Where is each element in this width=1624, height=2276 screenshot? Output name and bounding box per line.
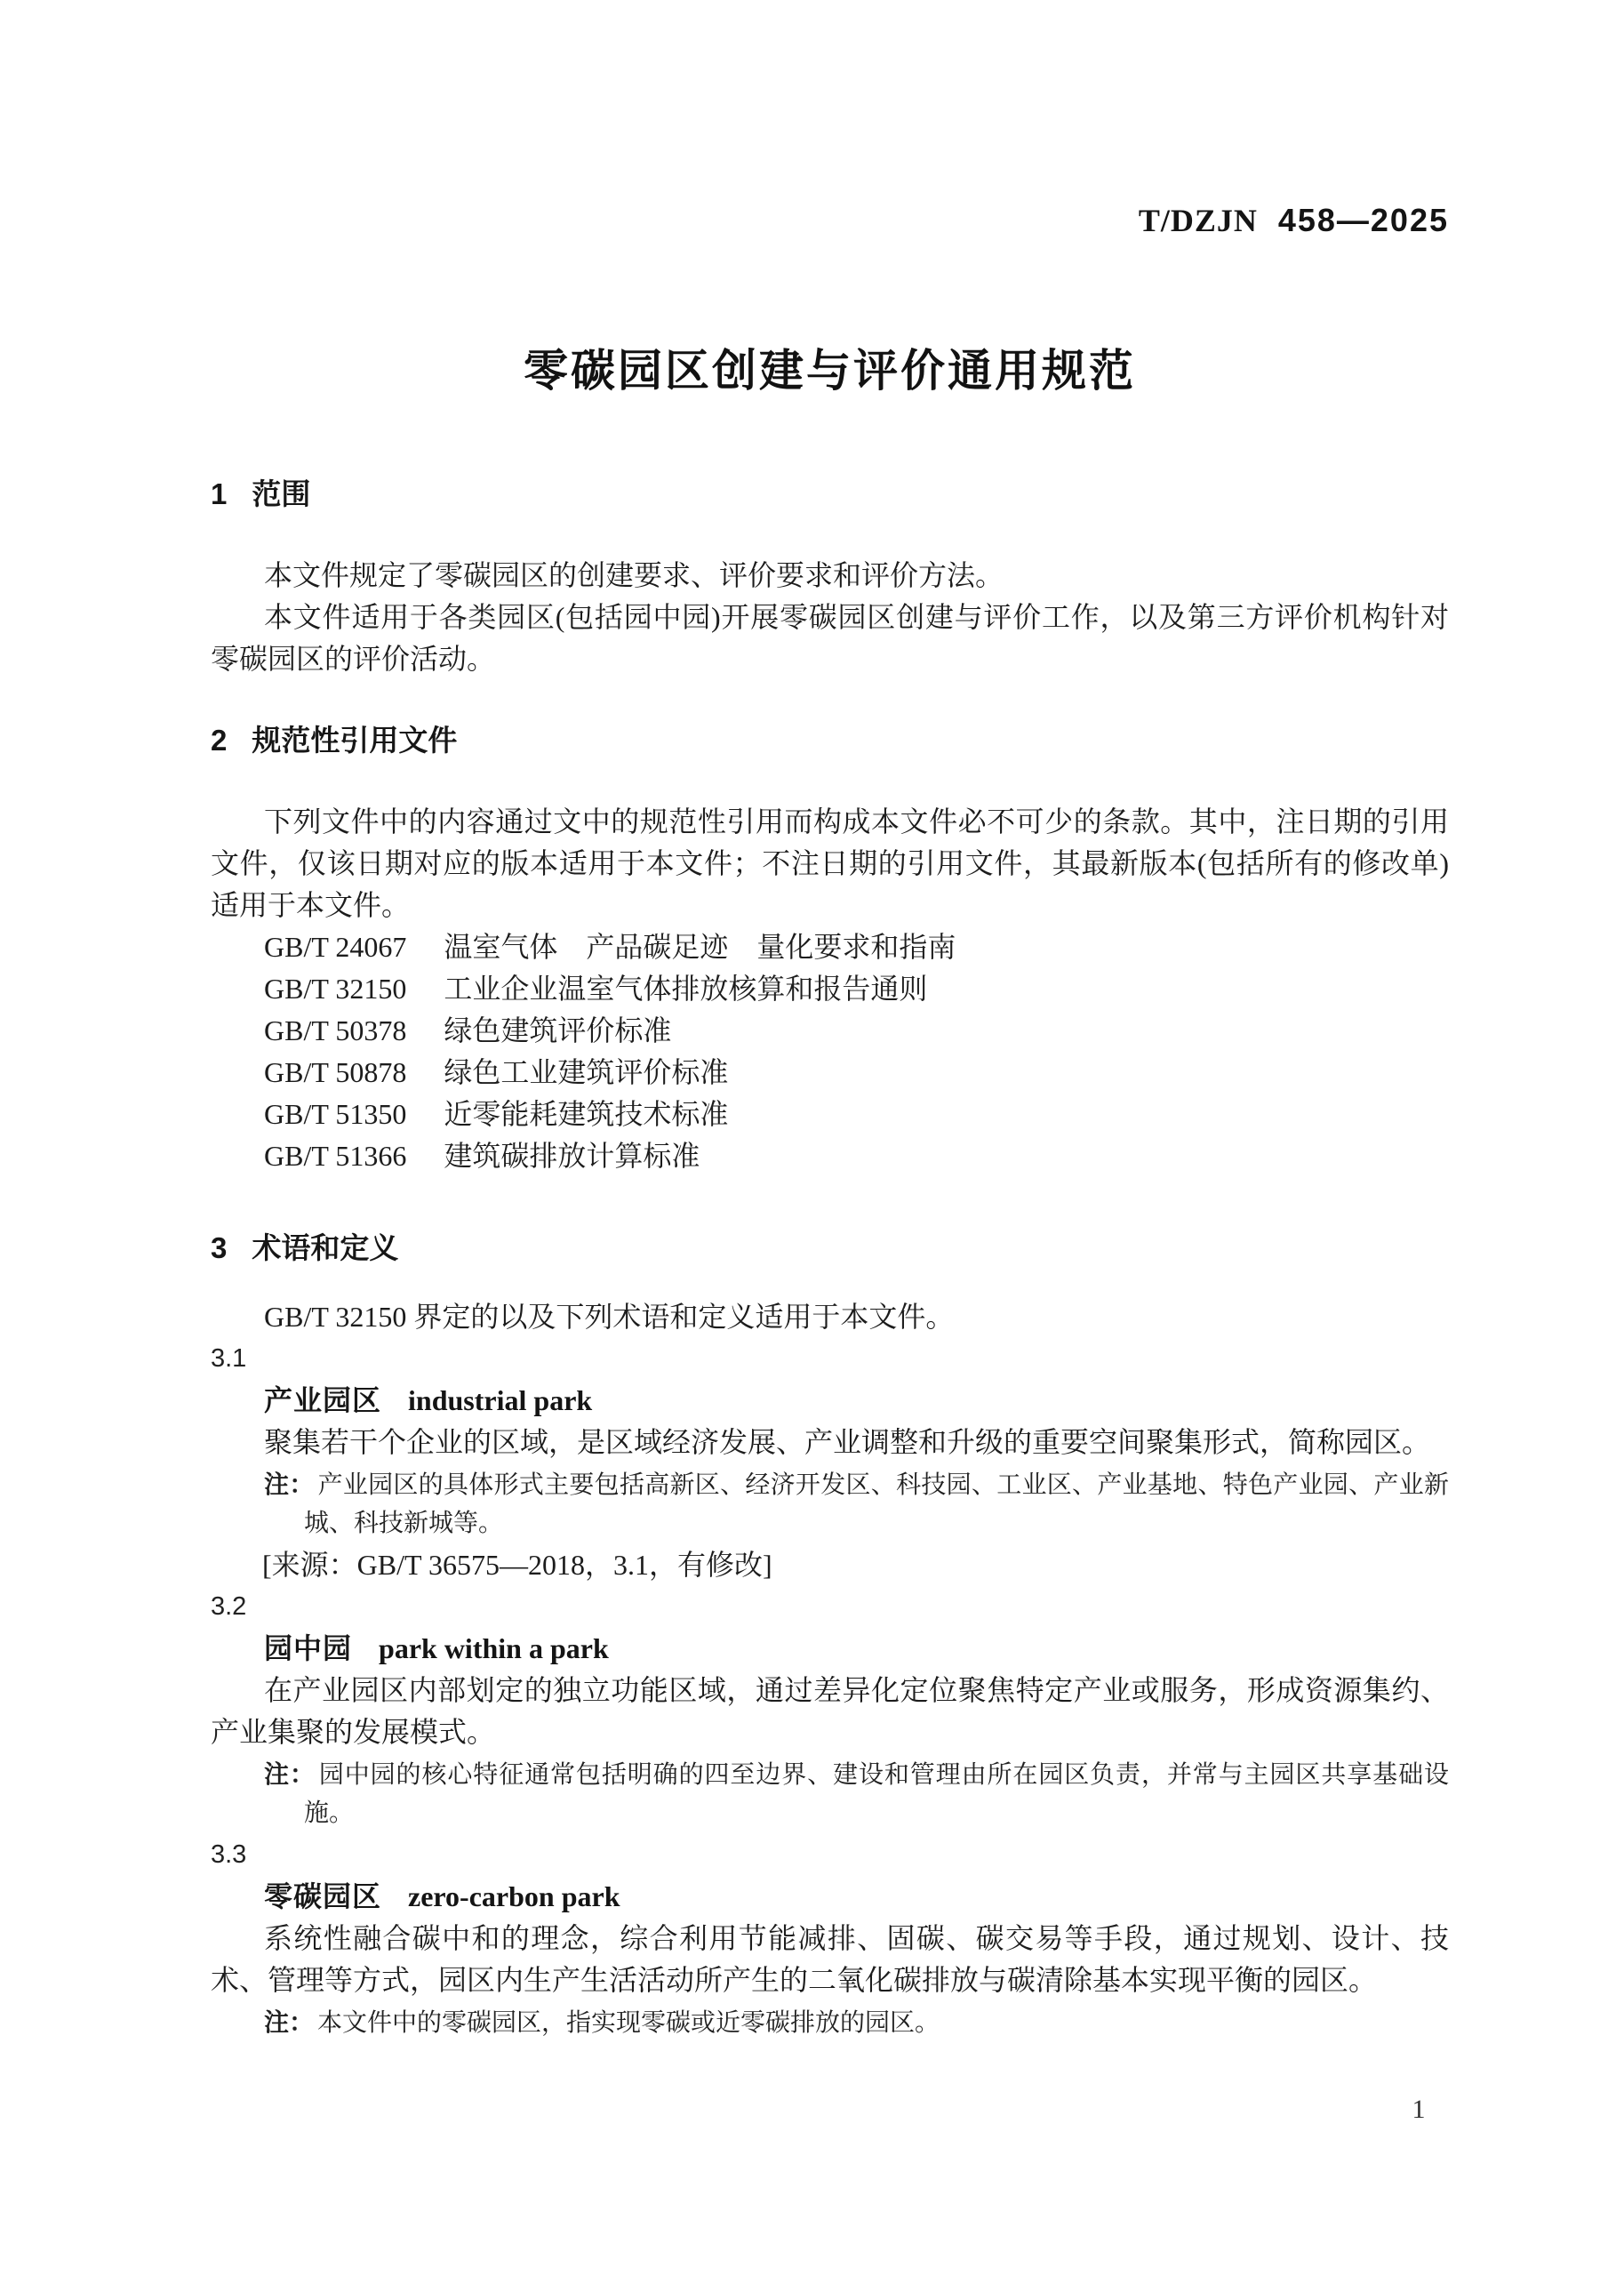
term-definition: 聚集若干个企业的区域，是区域经济发展、产业调整和升级的重要空间聚集形式，简称园区… [211,1422,1449,1463]
section-heading-label: 术语和定义 [252,1231,398,1264]
section-heading-references: 2规范性引用文件 [211,721,1449,760]
section-number: 3 [211,1231,227,1264]
reference-title: 近零能耗建筑技术标准 [444,1098,728,1130]
reference-title: 建筑碳排放计算标准 [444,1140,700,1172]
reference-code: GB/T 50878 [264,1056,406,1088]
section-heading-scope: 1范围 [211,475,1449,514]
reference-item: GB/T 50878绿色工业建筑评价标准 [211,1052,1449,1094]
reference-code: GB/T 51350 [264,1098,406,1130]
term-title-en: zero-carbon park [408,1880,620,1912]
term-title: 园中园park within a park [211,1628,1449,1670]
reference-item: GB/T 51350近零能耗建筑技术标准 [211,1094,1449,1135]
page-number: 1 [1401,2095,1436,2125]
term-note: 注：产业园区的具体形式主要包括高新区、经济开发区、科技园、工业区、产业基地、特色… [211,1465,1449,1543]
term-title-en: industrial park [408,1384,592,1416]
term-source: [来源：GB/T 36575—2018，3.1，有修改] [211,1544,1449,1586]
term-title: 产业园区industrial park [211,1380,1449,1422]
term-note: 注：园中园的核心特征通常包括明确的四至边界、建设和管理由所在园区负责，并常与主园… [211,1755,1449,1832]
page-content: T/DZJN 458—2025 零碳园区创建与评价通用规范 1范围 本文件规定了… [211,203,1449,2044]
note-text: 本文件中的零碳园区，指实现零碳或近零碳排放的园区。 [317,2009,940,2037]
section-number: 2 [211,724,227,757]
note-label: 注： [264,1760,316,1788]
terms-intro-paragraph: GB/T 32150 界定的以及下列术语和定义适用于本文件。 [211,1296,1449,1338]
term-title-zh: 零碳园区 [264,1880,381,1912]
term-title-zh: 园中园 [264,1632,352,1664]
reference-title: 温室气体 产品碳足迹 量化要求和指南 [444,931,956,963]
reference-code: GB/T 50378 [264,1014,406,1046]
reference-item: GB/T 50378绿色建筑评价标准 [211,1010,1449,1052]
reference-item: GB/T 32150工业企业温室气体排放核算和报告通则 [211,968,1449,1010]
term-title: 零碳园区zero-carbon park [211,1876,1449,1918]
doc-number: T/DZJN 458—2025 [211,203,1449,238]
section-number: 1 [211,477,227,510]
doc-number-prefix: T/DZJN [1139,203,1258,238]
section-heading-label: 规范性引用文件 [252,724,457,757]
term-title-en: park within a park [379,1632,609,1664]
document-title: 零碳园区创建与评价通用规范 [211,343,1449,398]
reference-code: GB/T 24067 [264,931,406,963]
note-label: 注： [264,2008,314,2036]
term-clause-number: 3.3 [211,1834,1449,1876]
section-heading-terms: 3术语和定义 [211,1229,1449,1268]
reference-title: 绿色工业建筑评价标准 [444,1056,728,1088]
term-definition: 在产业园区内部划定的独立功能区域，通过差异化定位聚焦特定产业或服务，形成资源集约… [211,1670,1449,1753]
term-title-zh: 产业园区 [264,1384,381,1416]
scope-paragraph: 本文件规定了零碳园区的创建要求、评价要求和评价方法。 [211,555,1449,597]
term-clause-number: 3.2 [211,1586,1449,1628]
references-intro-paragraph: 下列文件中的内容通过文中的规范性引用而构成本文件必不可少的条款。其中，注日期的引… [211,801,1449,926]
term-clause-number: 3.1 [211,1338,1449,1380]
reference-code: GB/T 32150 [264,973,406,1005]
doc-number-suffix: 458—2025 [1278,202,1449,238]
reference-title: 绿色建筑评价标准 [444,1014,671,1046]
reference-title: 工业企业温室气体排放核算和报告通则 [444,973,927,1005]
reference-item: GB/T 51366建筑碳排放计算标准 [211,1135,1449,1177]
scope-paragraph: 本文件适用于各类园区(包括园中园)开展零碳园区创建与评价工作，以及第三方评价机构… [211,597,1449,680]
note-label: 注： [264,1471,315,1498]
reference-list: GB/T 24067温室气体 产品碳足迹 量化要求和指南 GB/T 32150工… [211,926,1449,1177]
note-text: 园中园的核心特征通常包括明确的四至边界、建设和管理由所在园区负责，并常与主园区共… [304,1761,1449,1827]
reference-code: GB/T 51366 [264,1140,406,1172]
section-heading-label: 范围 [252,477,310,510]
reference-item: GB/T 24067温室气体 产品碳足迹 量化要求和指南 [211,926,1449,968]
term-definition: 系统性融合碳中和的理念，综合利用节能减排、固碳、碳交易等手段，通过规划、设计、技… [211,1918,1449,2001]
term-note: 注：本文件中的零碳园区，指实现零碳或近零碳排放的园区。 [211,2003,1449,2042]
note-text: 产业园区的具体形式主要包括高新区、经济开发区、科技园、工业区、产业基地、特色产业… [304,1471,1449,1537]
document-page: T/DZJN 458—2025 零碳园区创建与评价通用规范 1范围 本文件规定了… [0,0,1624,2276]
